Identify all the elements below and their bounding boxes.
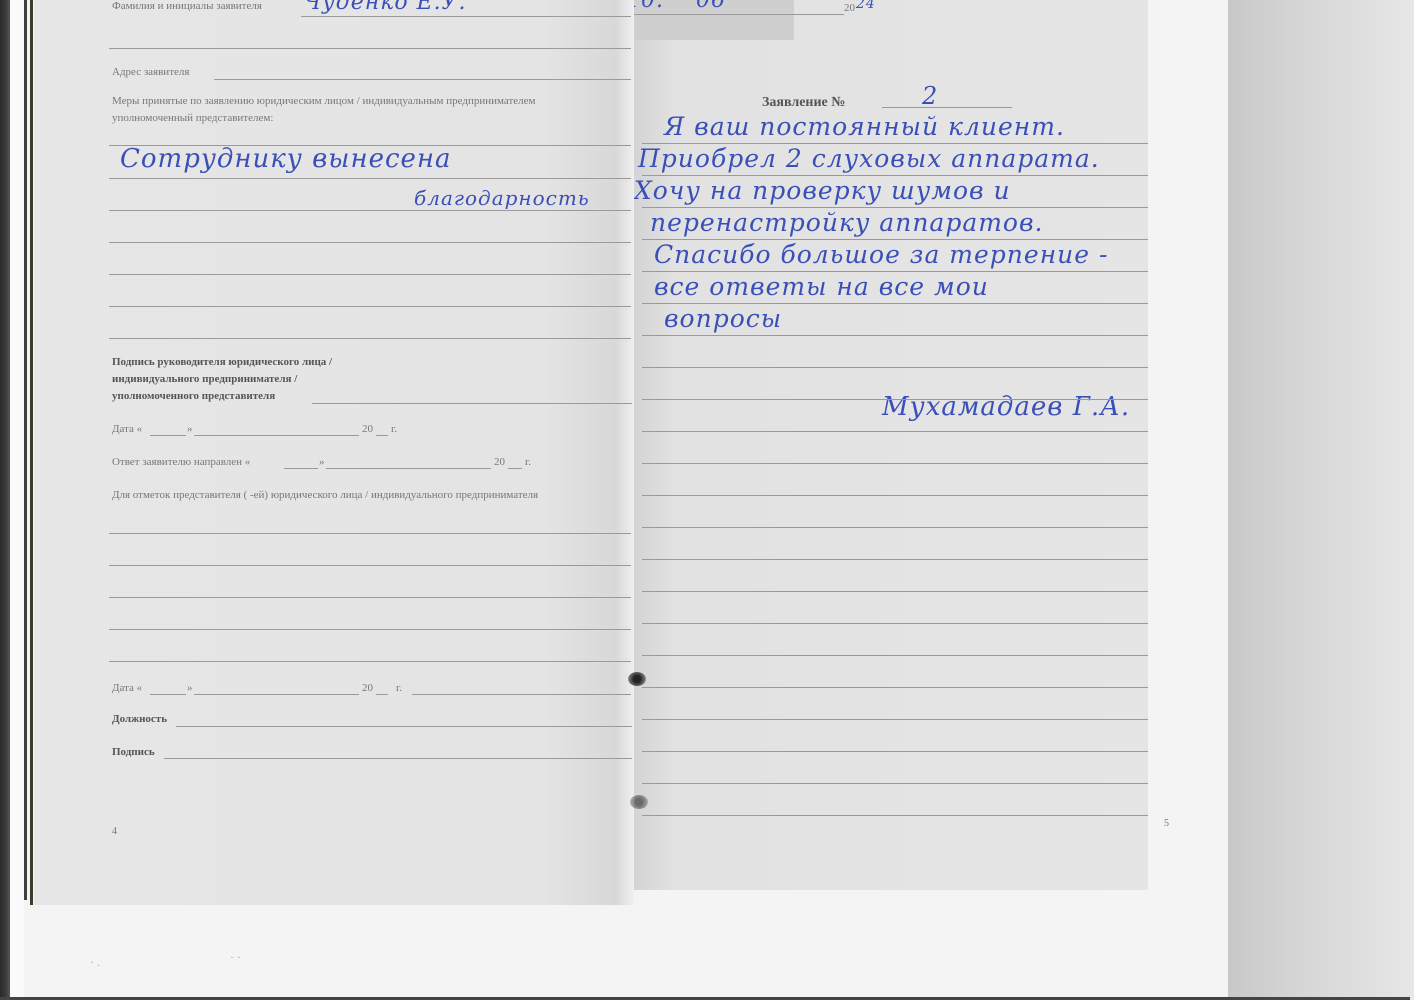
measures-value-1: Сотруднику вынесена [120,144,452,174]
date1-quote: » [187,423,193,435]
staple-hole-top [628,672,646,686]
applicant-name-value: Чуденко Е.У. [304,0,467,15]
address-line [214,79,631,80]
measures-line [109,274,631,275]
date1-day-line [150,435,186,436]
scanner-right-edge [1410,0,1414,1000]
date1-month-line [194,435,359,436]
applicant-name-line-2 [109,48,631,49]
signature-head-line [312,403,632,404]
date2-month-line [194,694,359,695]
ruled-line [642,559,1148,560]
ruled-line [642,367,1148,368]
statement-title: Заявление № [762,95,845,111]
date2-year-line [376,694,388,695]
reply-quote: » [319,456,325,468]
date1-year-suffix: г. [391,423,397,435]
reply-month-line [326,468,491,469]
right-page: 10. 06 20 24 Заявление № 2 Я ваш постоян… [634,0,1148,890]
ruled-line [642,687,1148,688]
reply-day-line [284,468,318,469]
applicant-signature: Мухамадаев Г.А. [882,392,1130,422]
position-label: Должность [112,713,167,725]
applicant-name-label: Фамилия и инициалы заявителя [112,0,262,12]
ruled-line [642,591,1148,592]
notes-label: Для отметок представителя ( -ей) юридиче… [112,489,538,501]
ruled-line [642,719,1148,720]
reply-year-suffix: г. [525,456,531,468]
ruled-line [642,527,1148,528]
ruled-line [642,175,1148,176]
statement-number: 2 [922,82,938,110]
signature-label: Подпись [112,746,155,758]
ruled-line [642,655,1148,656]
reply-label: Ответ заявителю направлен « [112,456,250,468]
ruled-line [642,239,1148,240]
date2-year-suffix: г. [396,682,402,694]
address-label: Адрес заявителя [112,66,189,78]
date2-label: Дата « [112,682,142,694]
notes-line [109,661,631,662]
statement-line: вопросы [664,304,782,333]
statement-line: Я ваш постоянный клиент. [664,112,1065,141]
measures-line [109,338,631,339]
reply-year-line [508,468,522,469]
measures-value-2: благодарность [414,186,590,210]
reply-year-prefix: 20 [494,456,505,468]
ruled-line [642,495,1148,496]
ruled-line [642,303,1148,304]
scanner-lid-shadow [1228,0,1410,1000]
measures-line [109,210,631,211]
header-date-year-suffix: 24 [856,0,876,12]
ruled-line [642,207,1148,208]
scan-blemish: · · [230,950,241,965]
measures-label: Меры принятые по заявлению юридическим л… [112,95,536,107]
ruled-line [642,463,1148,464]
ruled-line [642,815,1148,816]
ruled-line [642,751,1148,752]
measures-line [109,242,631,243]
page-number-left: 4 [112,826,117,837]
notes-line [109,533,631,534]
header-date-year-prefix: 20 [844,2,855,14]
staple-hole-bottom [630,795,648,809]
date2-year-prefix: 20 [362,682,373,694]
date2-day-line [150,694,186,695]
scanner-edge [0,0,10,1000]
statement-line: Спасибо большое за терпение - [654,240,1108,269]
applicant-name-line [301,16,631,17]
signature-head-label-2: индивидуального предпринимателя / [112,373,297,385]
header-date-line [634,14,844,15]
date2-quote: » [187,682,193,694]
ruled-line [642,399,1148,400]
statement-line: Хочу на проверку шумов и [634,176,1011,205]
statement-line: Приобрел 2 слуховых аппарата. [638,144,1100,173]
header-date-day: 10. [634,0,664,13]
date1-year-line [376,435,388,436]
signature-head-label-3: уполномоченного представителя [112,390,275,402]
date1-label: Дата « [112,423,142,435]
statement-line: перенастройку аппаратов. [650,208,1043,237]
ruled-line [642,431,1148,432]
scan-blemish: · . [90,955,100,970]
page-number-right-visible: 5 [1164,818,1169,829]
measures-line [109,306,631,307]
notes-line [109,565,631,566]
left-page: Фамилия и инициалы заявителя Чуденко Е.У… [34,0,634,905]
date2-extra-line [412,694,631,695]
measures-label-2: уполномоченный представителем: [112,112,273,124]
signature-head-label-1: Подпись руководителя юридического лица / [112,356,332,368]
ruled-line [642,335,1148,336]
ruled-line [642,271,1148,272]
statement-line: все ответы на все мои [654,272,989,301]
notes-line [109,597,631,598]
header-date-month: 06 [696,0,726,13]
date1-year-prefix: 20 [362,423,373,435]
statement-number-line [882,107,1012,108]
scanner-margin [10,0,24,1000]
notes-line [109,629,631,630]
signature-line [164,758,632,759]
ruled-line [642,143,1148,144]
booklet-edge [24,0,27,900]
booklet-edge-inner [30,0,33,905]
measures-line [109,178,631,179]
ruled-line [642,623,1148,624]
ruled-line [642,783,1148,784]
position-line [176,726,632,727]
